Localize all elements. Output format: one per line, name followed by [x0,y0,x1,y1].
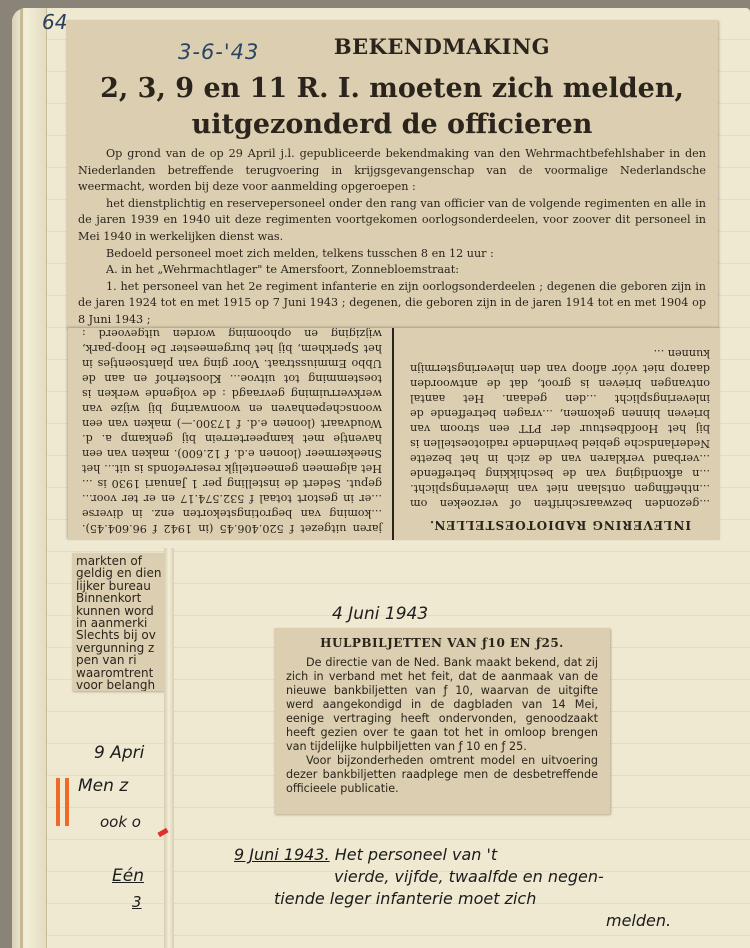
handwriting-line: Men z [78,776,128,796]
paragraph: De directie van de Ned. Bank maakt beken… [286,656,598,754]
handwriting-line: ook o [100,813,141,831]
paragraph: Op grond van de op 29 April j.l. gepubli… [78,146,706,196]
fragment-line: pen van ri [76,654,164,666]
column-title: INLEVERING RADIOTOESTELLEN. [410,517,710,532]
note-line: tiende leger infanterie moet zich [234,888,671,910]
clipping-title: HULPBILJETTEN VAN ƒ10 EN ƒ25. [286,636,598,650]
fragment-line: geldig en dien [76,567,164,579]
column-radio: INLEVERING RADIOTOESTELLEN. ...gezonden … [410,346,710,536]
paragraph: Voor bijzonderheden omtrent model en uit… [286,754,598,796]
clipping-kicker: BEKENDMAKING [66,34,718,59]
paragraph: het dienstplichtig en reservepersoneel o… [78,196,706,246]
fragment-line: voor belangh [76,679,164,691]
note-line: Het personeel van 't [330,845,498,864]
fragment-line: Slechts bij ov [76,629,164,641]
column-rule [392,328,394,540]
red-margin-mark-icon [56,778,72,826]
location-a: A. in het „Wehrmachtlager" te Amersfoort… [78,262,706,279]
note-line: melden. [234,910,671,932]
handwritten-note: 9 Juni 1943. Het personeel van 't vierde… [234,844,671,932]
handwriting-line: Eén [112,866,144,886]
headline-line-1: 2, 3, 9 en 11 R. I. moeten zich melden, [66,72,718,106]
handwritten-date-2: 4 Juni 1943 [332,604,428,624]
clipping-fragment: markten of geldig en dien lijker bureau … [72,553,164,691]
scrapbook-page: 64. 3-6-'43 BEKENDMAKING 2, 3, 9 en 11 R… [12,8,750,948]
column-text: ...gezonden bezwaarschriften of verzoeke… [410,346,710,511]
handwriting-line: 9 Apri [94,743,144,763]
column-text: jaren uitgezet f 520.406.45 (in 1942 f 9… [82,328,382,536]
clipping-hulpbiljetten: HULPBILJETTEN VAN ƒ10 EN ƒ25. De directi… [274,628,610,814]
item-1: 1. het personeel van het 2e regiment inf… [78,279,706,329]
clipping-bekendmaking: 3-6-'43 BEKENDMAKING 2, 3, 9 en 11 R. I.… [66,20,718,328]
clipping-upside-down: INLEVERING RADIOTOESTELLEN. ...gezonden … [68,328,720,540]
page-spine [12,8,47,948]
note-date: 9 Juni 1943. [234,845,330,864]
fragment-line: Binnenkort [76,592,164,604]
column-finance: jaren uitgezet f 520.406.45 (in 1942 f 9… [82,328,382,536]
note-line: vierde, vijfde, twaalfde en negen- [234,866,671,888]
paragraph: Bedoeld personeel moet zich melden, telk… [78,246,706,263]
page-fold [164,548,174,948]
handwriting-line: 3 [132,893,142,911]
headline-line-2: uitgezonderd de officieren [66,108,718,142]
